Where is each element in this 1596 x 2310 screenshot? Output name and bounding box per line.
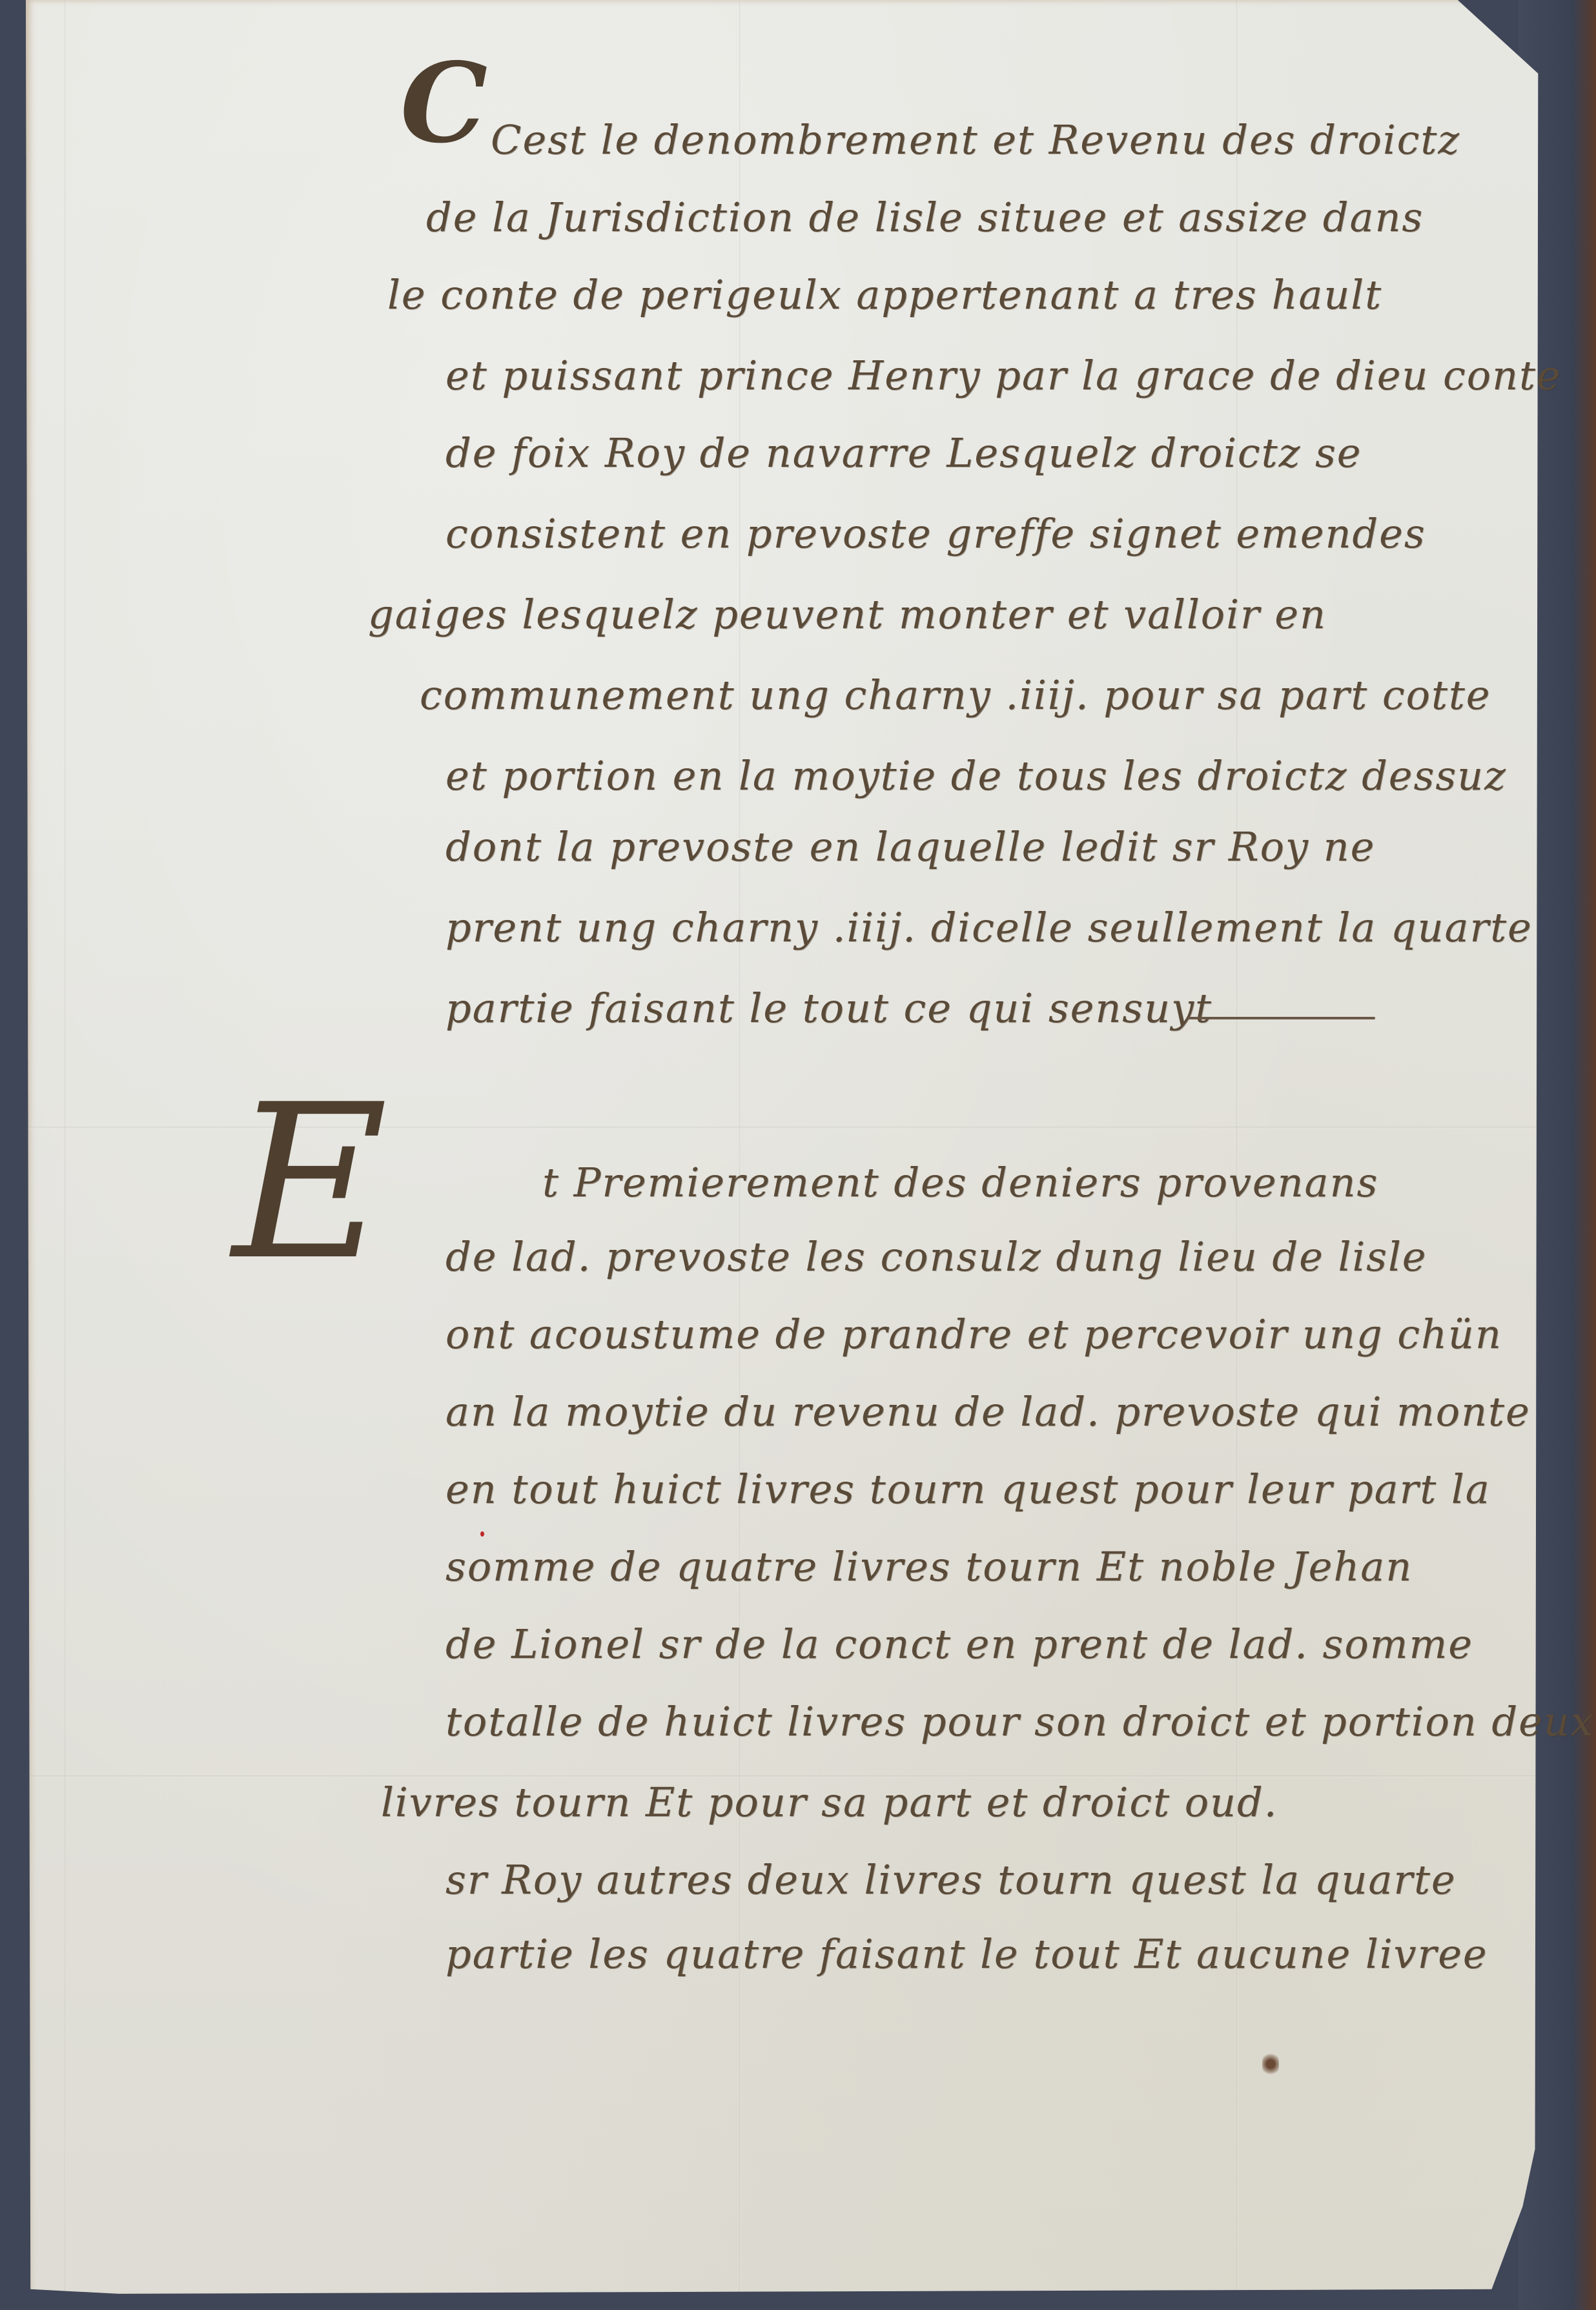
text-line-5: de foix Roy de navarre Lesquelz droictz … (445, 429, 1362, 476)
text-line-23: partie les quatre faisant le tout Et auc… (445, 1930, 1488, 1978)
text-line-9: et portion en la moytie de tous les droi… (445, 752, 1507, 799)
text-line-17: en tout huict livres tourn quest pour le… (445, 1466, 1491, 1513)
text-line-1: Cest le denombrement et Revenu des droic… (491, 116, 1460, 163)
text-line-13: t Premierement des deniers provenans (542, 1159, 1378, 1206)
text-line-4: et puissant prince Henry par la grace de… (445, 352, 1562, 399)
text-line-2: de la Jurisdiction de lisle situee et as… (426, 194, 1424, 241)
text-line-19: de Lionel sr de la conct en prent de lad… (445, 1620, 1473, 1668)
text-line-6: consistent en prevoste greffe signet eme… (445, 510, 1426, 557)
text-line-7: gaiges lesquelz peuvent monter et valloi… (368, 591, 1327, 638)
red-ink-spot (480, 1531, 484, 1537)
text-line-16: an la moytie du revenu de lad. prevoste … (445, 1388, 1531, 1435)
text-line-20: totalle de huict livres pour son droict … (445, 1698, 1595, 1745)
text-line-3: le conte de perigeulx appertenant a tres… (387, 271, 1382, 318)
text-line-22: sr Roy autres deux livres tourn quest la… (445, 1856, 1457, 1903)
text-line-8: communement ung charny .iiij. pour sa pa… (420, 671, 1491, 719)
text-line-15: ont acoustume de prandre et percevoir un… (445, 1311, 1502, 1358)
decorated-initial-e: E (232, 1059, 388, 1307)
text-line-18: somme de quatre livres tourn Et noble Je… (445, 1543, 1413, 1590)
text-line-10: dont la prevoste en laquelle ledit sr Ro… (445, 823, 1375, 870)
text-line-14: de lad. prevoste les consulz dung lieu d… (445, 1233, 1427, 1280)
text-line-11: prent ung charny .iiij. dicelle seulleme… (445, 904, 1533, 951)
text-line-21: livres tourn Et pour sa part et droict o… (381, 1779, 1278, 1826)
manuscript-text: C Cest le denombrement et Revenu des dro… (0, 0, 1596, 2310)
ink-blot-mark (1262, 2053, 1279, 2075)
decorated-initial-c: C (400, 39, 487, 168)
line-filler-stroke (1188, 1017, 1375, 1019)
text-line-12: partie faisant le tout ce qui sensuyt (445, 985, 1212, 1032)
